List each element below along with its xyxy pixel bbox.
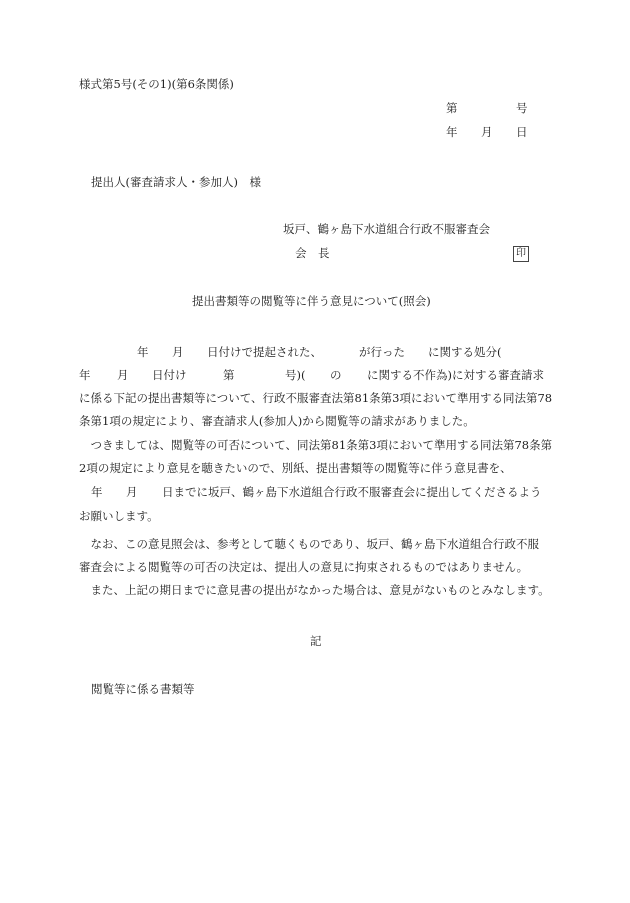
line7-year: 年 (91, 487, 103, 499)
document-page: 様式第5号(その1)(第6条関係) 第 号 年 月 日 提出人(審査請求人・参加… (0, 0, 630, 903)
body-line-8: お願いします。 (79, 511, 159, 523)
date-month: 月 (481, 127, 493, 139)
record-item: 閲覧等に係る書類等 (91, 684, 195, 696)
line2-text-b: 号)( (285, 370, 305, 382)
doc-number-prefix: 第 (446, 103, 458, 115)
body-line-10: 審査会による閲覧等の可否の決定は、提出人の意見に拘束されるものではありません。 (79, 562, 528, 574)
line2-text-c: の (330, 370, 342, 382)
line1-text-c: に関する処分( (428, 347, 502, 359)
record-heading: 記 (310, 636, 322, 648)
body-line-3: に係る下記の提出書類等について、行政不服審査法第81条第3項において準用する同法… (79, 393, 552, 405)
body-line-5: つきましては、閲覧等の可否について、同法第81条第3項において準用する同法第78… (79, 440, 552, 452)
doc-number-suffix: 号 (516, 103, 528, 115)
line1-year: 年 (137, 347, 149, 359)
date-day: 日 (516, 127, 528, 139)
sender-title: 会 長 (295, 248, 330, 260)
line2-month: 月 (117, 370, 129, 382)
line7-month: 月 (126, 487, 138, 499)
body-line-9: なお、この意見照会は、参考として聴くものであり、坂戸、鶴ヶ島下水道組合行政不服 (79, 539, 539, 551)
line2-number-prefix: 第 (223, 370, 235, 382)
addressee: 提出人(審査請求人・参加人) 様 (91, 177, 261, 189)
line1-text-a: 日付けで提起された、 (207, 347, 322, 359)
line1-month: 月 (172, 347, 184, 359)
line2-text-d: に関する不作為)に対する審査請求 (367, 370, 544, 382)
body-line-11: また、上記の期日までに意見書の提出がなかった場合は、意見がないものとみなします。 (79, 585, 550, 597)
line7-text-a: 日までに坂戸、鶴ヶ島下水道組合行政不服審査会に提出してくださるよう (162, 487, 542, 499)
body-line-6: 2項の規定により意見を聴きたいので、別紙、提出書類等の閲覧等に伴う意見書を、 (79, 463, 512, 475)
body-line-4: 条第1項の規定により、審査請求人(参加人)から閲覧等の請求がありました。 (79, 416, 475, 428)
line2-year: 年 (79, 370, 91, 382)
line2-text-a: 日付け (152, 370, 187, 382)
date-year: 年 (446, 127, 458, 139)
seal-stamp: 印 (513, 246, 529, 262)
sender-organization: 坂戸、鶴ヶ島下水道組合行政不服審査会 (283, 224, 490, 236)
line1-text-b: が行った (359, 347, 405, 359)
document-title: 提出書類等の閲覧等に伴う意見について(照会) (192, 296, 431, 308)
form-number: 様式第5号(その1)(第6条関係) (79, 79, 234, 91)
